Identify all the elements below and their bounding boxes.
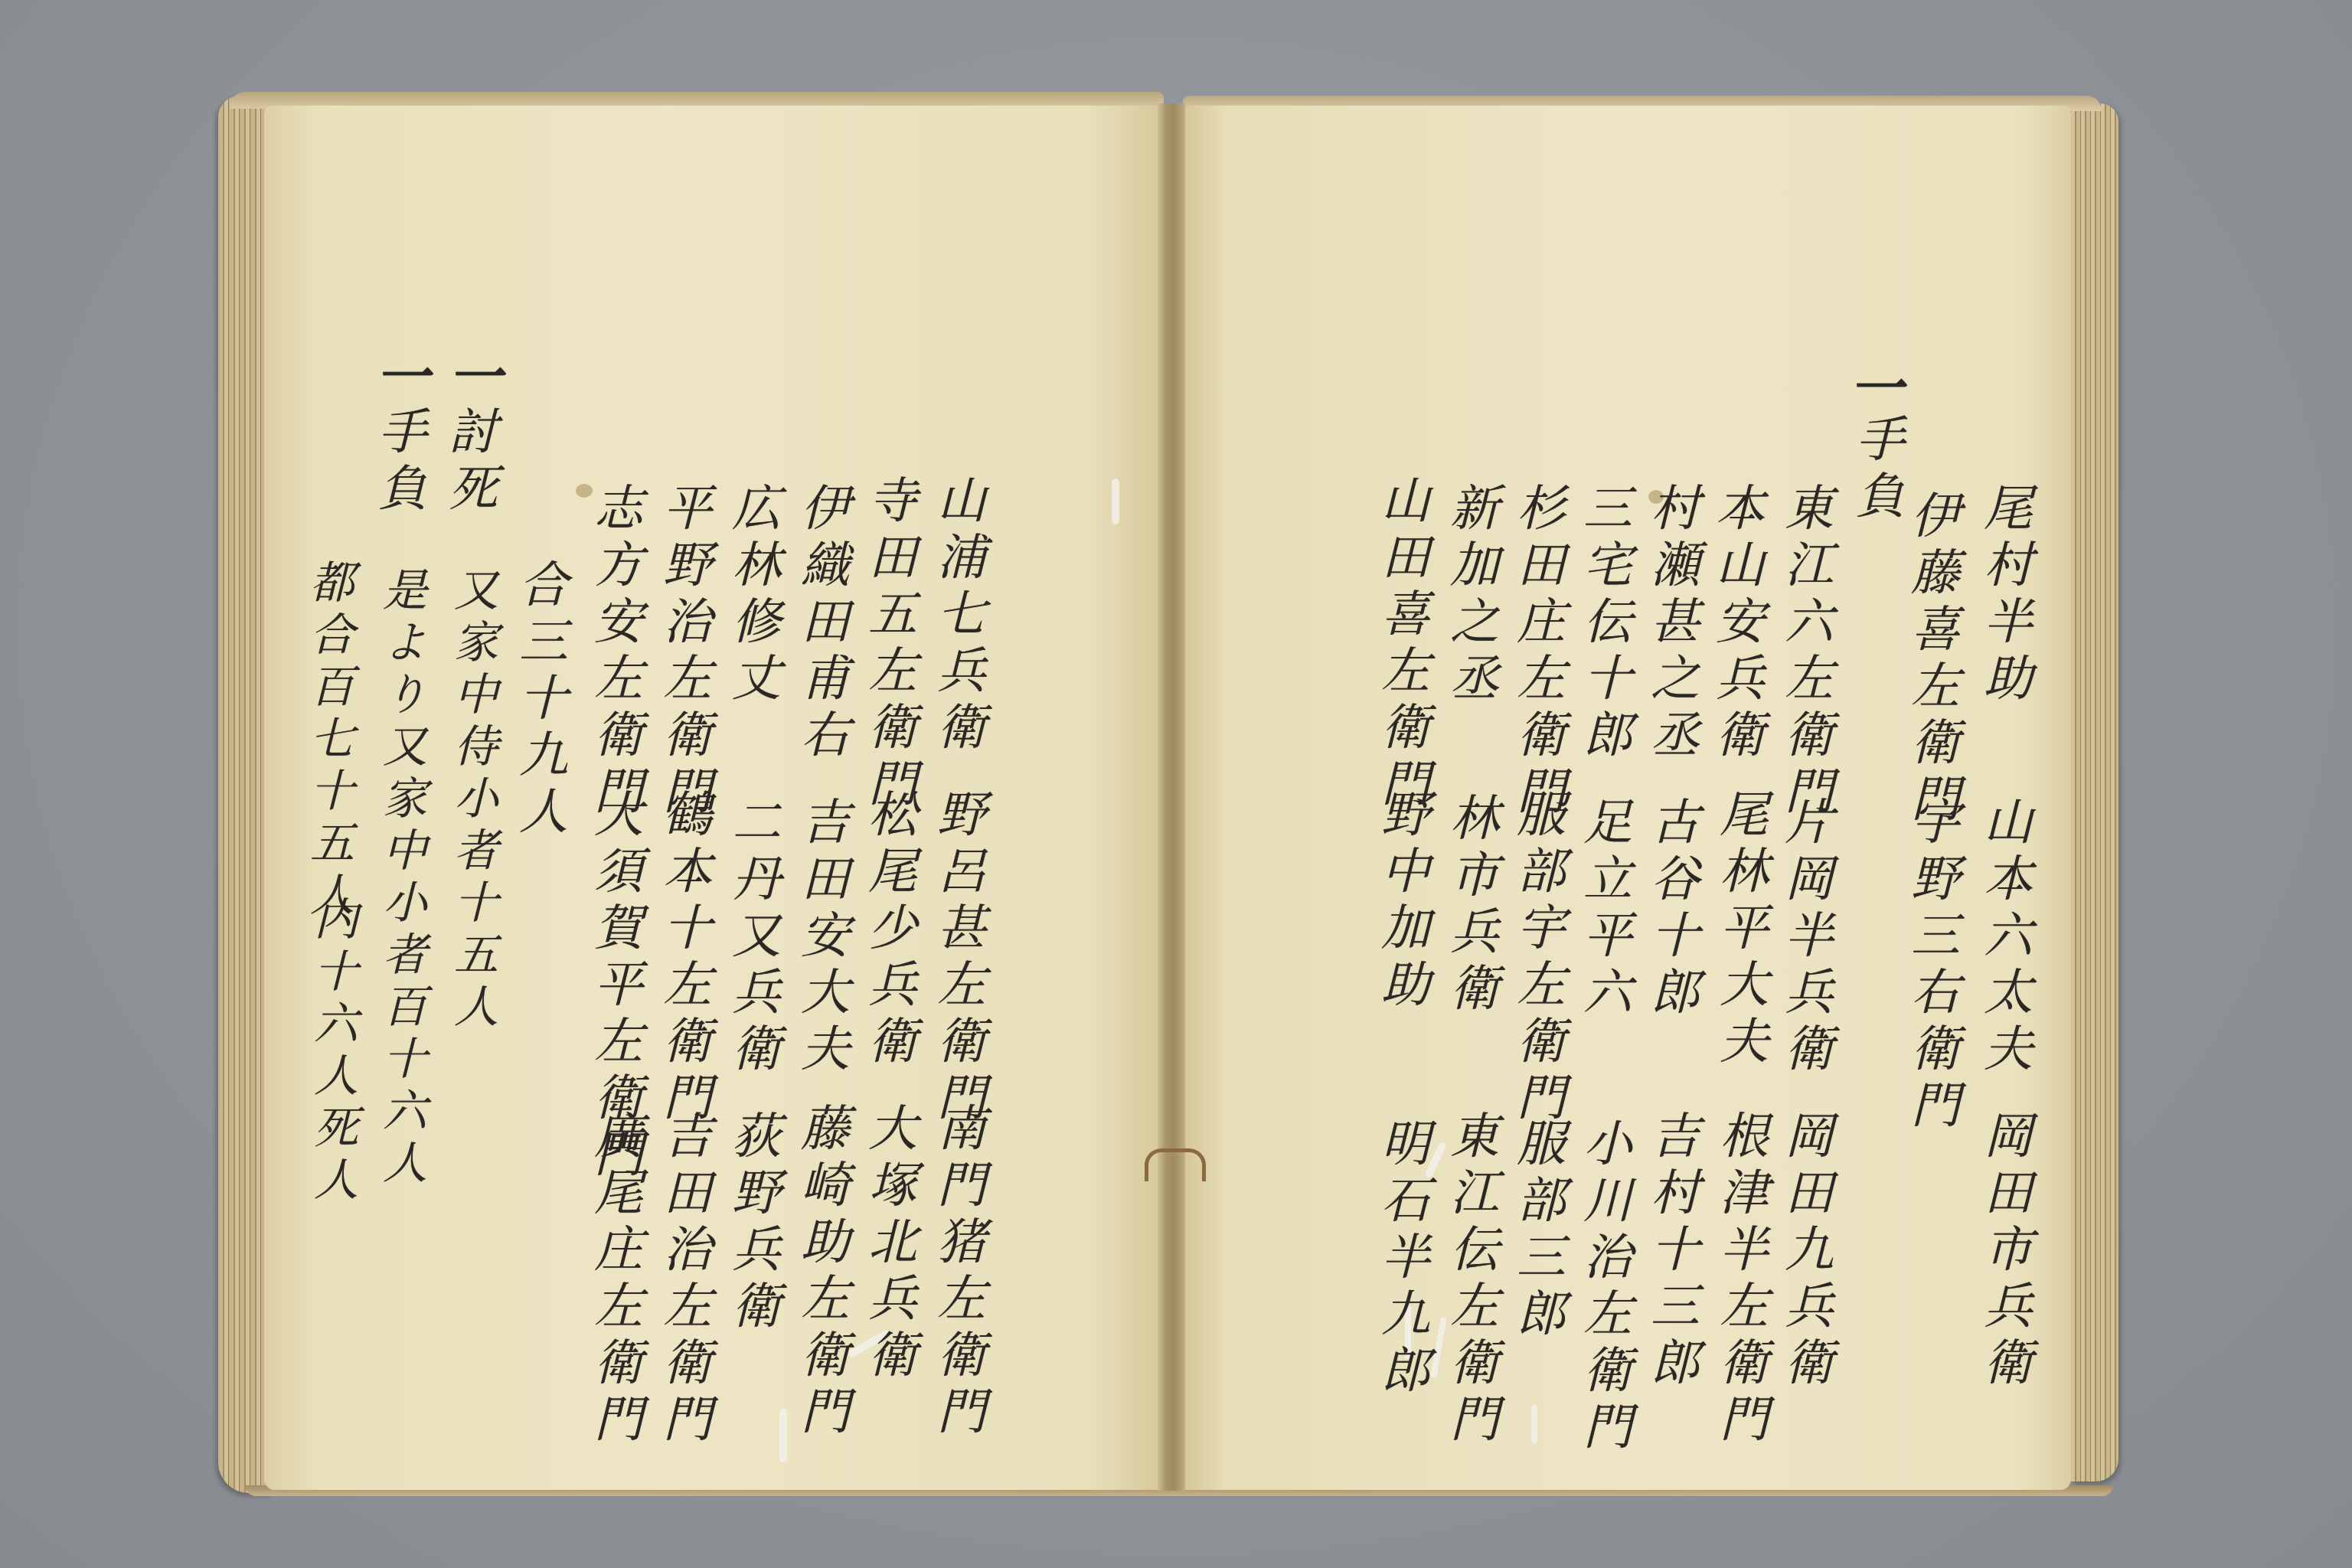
column-text: 服部三郎 bbox=[1512, 1118, 1561, 1344]
column-text: 野呂甚左衛門 bbox=[933, 789, 982, 1129]
book-gutter bbox=[1158, 103, 1185, 1491]
column-text: 野中加助 bbox=[1377, 789, 1426, 1015]
column-text: 廣尾庄左衛門 bbox=[590, 1110, 639, 1450]
column-text: 藤崎助左衛門 bbox=[796, 1102, 845, 1442]
column-text: 吉田治左衛門 bbox=[658, 1110, 707, 1450]
paper-flake bbox=[1112, 479, 1119, 524]
column-text: 尾林平大夫 bbox=[1715, 789, 1764, 1072]
column-text: 是より又家中小者百十六人 bbox=[379, 567, 423, 1191]
column-text: 大塚北兵衛 bbox=[864, 1102, 913, 1386]
column-text: 東江伝左衛門 bbox=[1445, 1110, 1494, 1450]
column-text: 伊織田甫右 bbox=[796, 482, 845, 766]
column-text: 吉田安大夫 bbox=[796, 796, 845, 1080]
column-text: 明石半九郎 bbox=[1377, 1118, 1426, 1401]
paper-flake bbox=[1531, 1405, 1537, 1443]
column-text: 林市兵衛 bbox=[1445, 792, 1494, 1019]
column-text: 合三十九人 bbox=[514, 559, 563, 842]
column-text: 東江六左衛門 bbox=[1780, 482, 1829, 822]
column-text: 又家中侍小者十五人 bbox=[450, 567, 495, 1035]
item-marker: 一 bbox=[371, 348, 425, 402]
column-text: 手負 bbox=[374, 406, 423, 519]
column-text: 岡田九兵衛 bbox=[1780, 1110, 1829, 1393]
column-text: 服部宇左衛門 bbox=[1512, 789, 1561, 1129]
column-text: 内十六人死人 bbox=[310, 896, 354, 1208]
paper-flake bbox=[779, 1409, 787, 1462]
column-text: 松尾少兵衛 bbox=[864, 789, 913, 1072]
column-text: 都合百七十五人 bbox=[306, 559, 351, 923]
column-text: 岡田市兵衛 bbox=[1979, 1110, 2028, 1393]
column-text: 伊藤喜左衛門 bbox=[1906, 490, 1955, 830]
column-text: 広林修丈 bbox=[727, 482, 776, 709]
column-text: 片岡半兵衛 bbox=[1780, 796, 1829, 1080]
column-text: 新加之丞 bbox=[1445, 482, 1494, 709]
column-text: 手負 bbox=[1851, 413, 1900, 527]
column-text: 鶴本十左衛門 bbox=[658, 789, 707, 1129]
column-text: 平野治左衛門 bbox=[658, 482, 707, 822]
column-text: 小川治左衛門 bbox=[1579, 1118, 1628, 1458]
column-text: 山本六太夫 bbox=[1979, 796, 2028, 1080]
column-text: 本山安兵衛 bbox=[1711, 482, 1760, 766]
column-text: 杉田庄左衛門 bbox=[1512, 482, 1561, 822]
column-text: 山浦七兵衛 bbox=[933, 475, 982, 758]
open-book: 尾村半助 伊藤喜左衛門 一 手負 東江六左衛門 本山安兵衛 村瀬甚之丞 三宅伝十… bbox=[0, 0, 2352, 1568]
item-marker: 一 bbox=[1845, 360, 1899, 413]
column-text: 宇野三右衛門 bbox=[1906, 796, 1955, 1136]
column-text: 二丹又兵衛 bbox=[727, 796, 776, 1080]
binding-thread bbox=[1145, 1148, 1206, 1181]
column-text: 討死 bbox=[444, 406, 493, 519]
column-text: 村瀬甚之丞 bbox=[1646, 482, 1695, 766]
item-marker: 一 bbox=[444, 348, 498, 402]
column-text: 荻野兵衛 bbox=[727, 1110, 776, 1337]
column-text: 古谷十郎 bbox=[1646, 796, 1695, 1023]
column-text: 足立平六 bbox=[1579, 796, 1628, 1023]
column-text: 吉村十三郎 bbox=[1646, 1110, 1695, 1393]
column-text: 尾村半助 bbox=[1979, 482, 2028, 709]
column-text: 根津半左衛門 bbox=[1715, 1110, 1764, 1450]
column-text: 山田喜左衛門 bbox=[1377, 475, 1426, 815]
column-text: 南門猪左衛門 bbox=[933, 1102, 982, 1442]
column-text: 志方安左衛門 bbox=[590, 482, 639, 822]
column-text: 三宅伝十郎 bbox=[1579, 482, 1628, 766]
column-text: 寺田五左衛門 bbox=[864, 475, 913, 815]
right-page-block-edge bbox=[2071, 103, 2118, 1481]
